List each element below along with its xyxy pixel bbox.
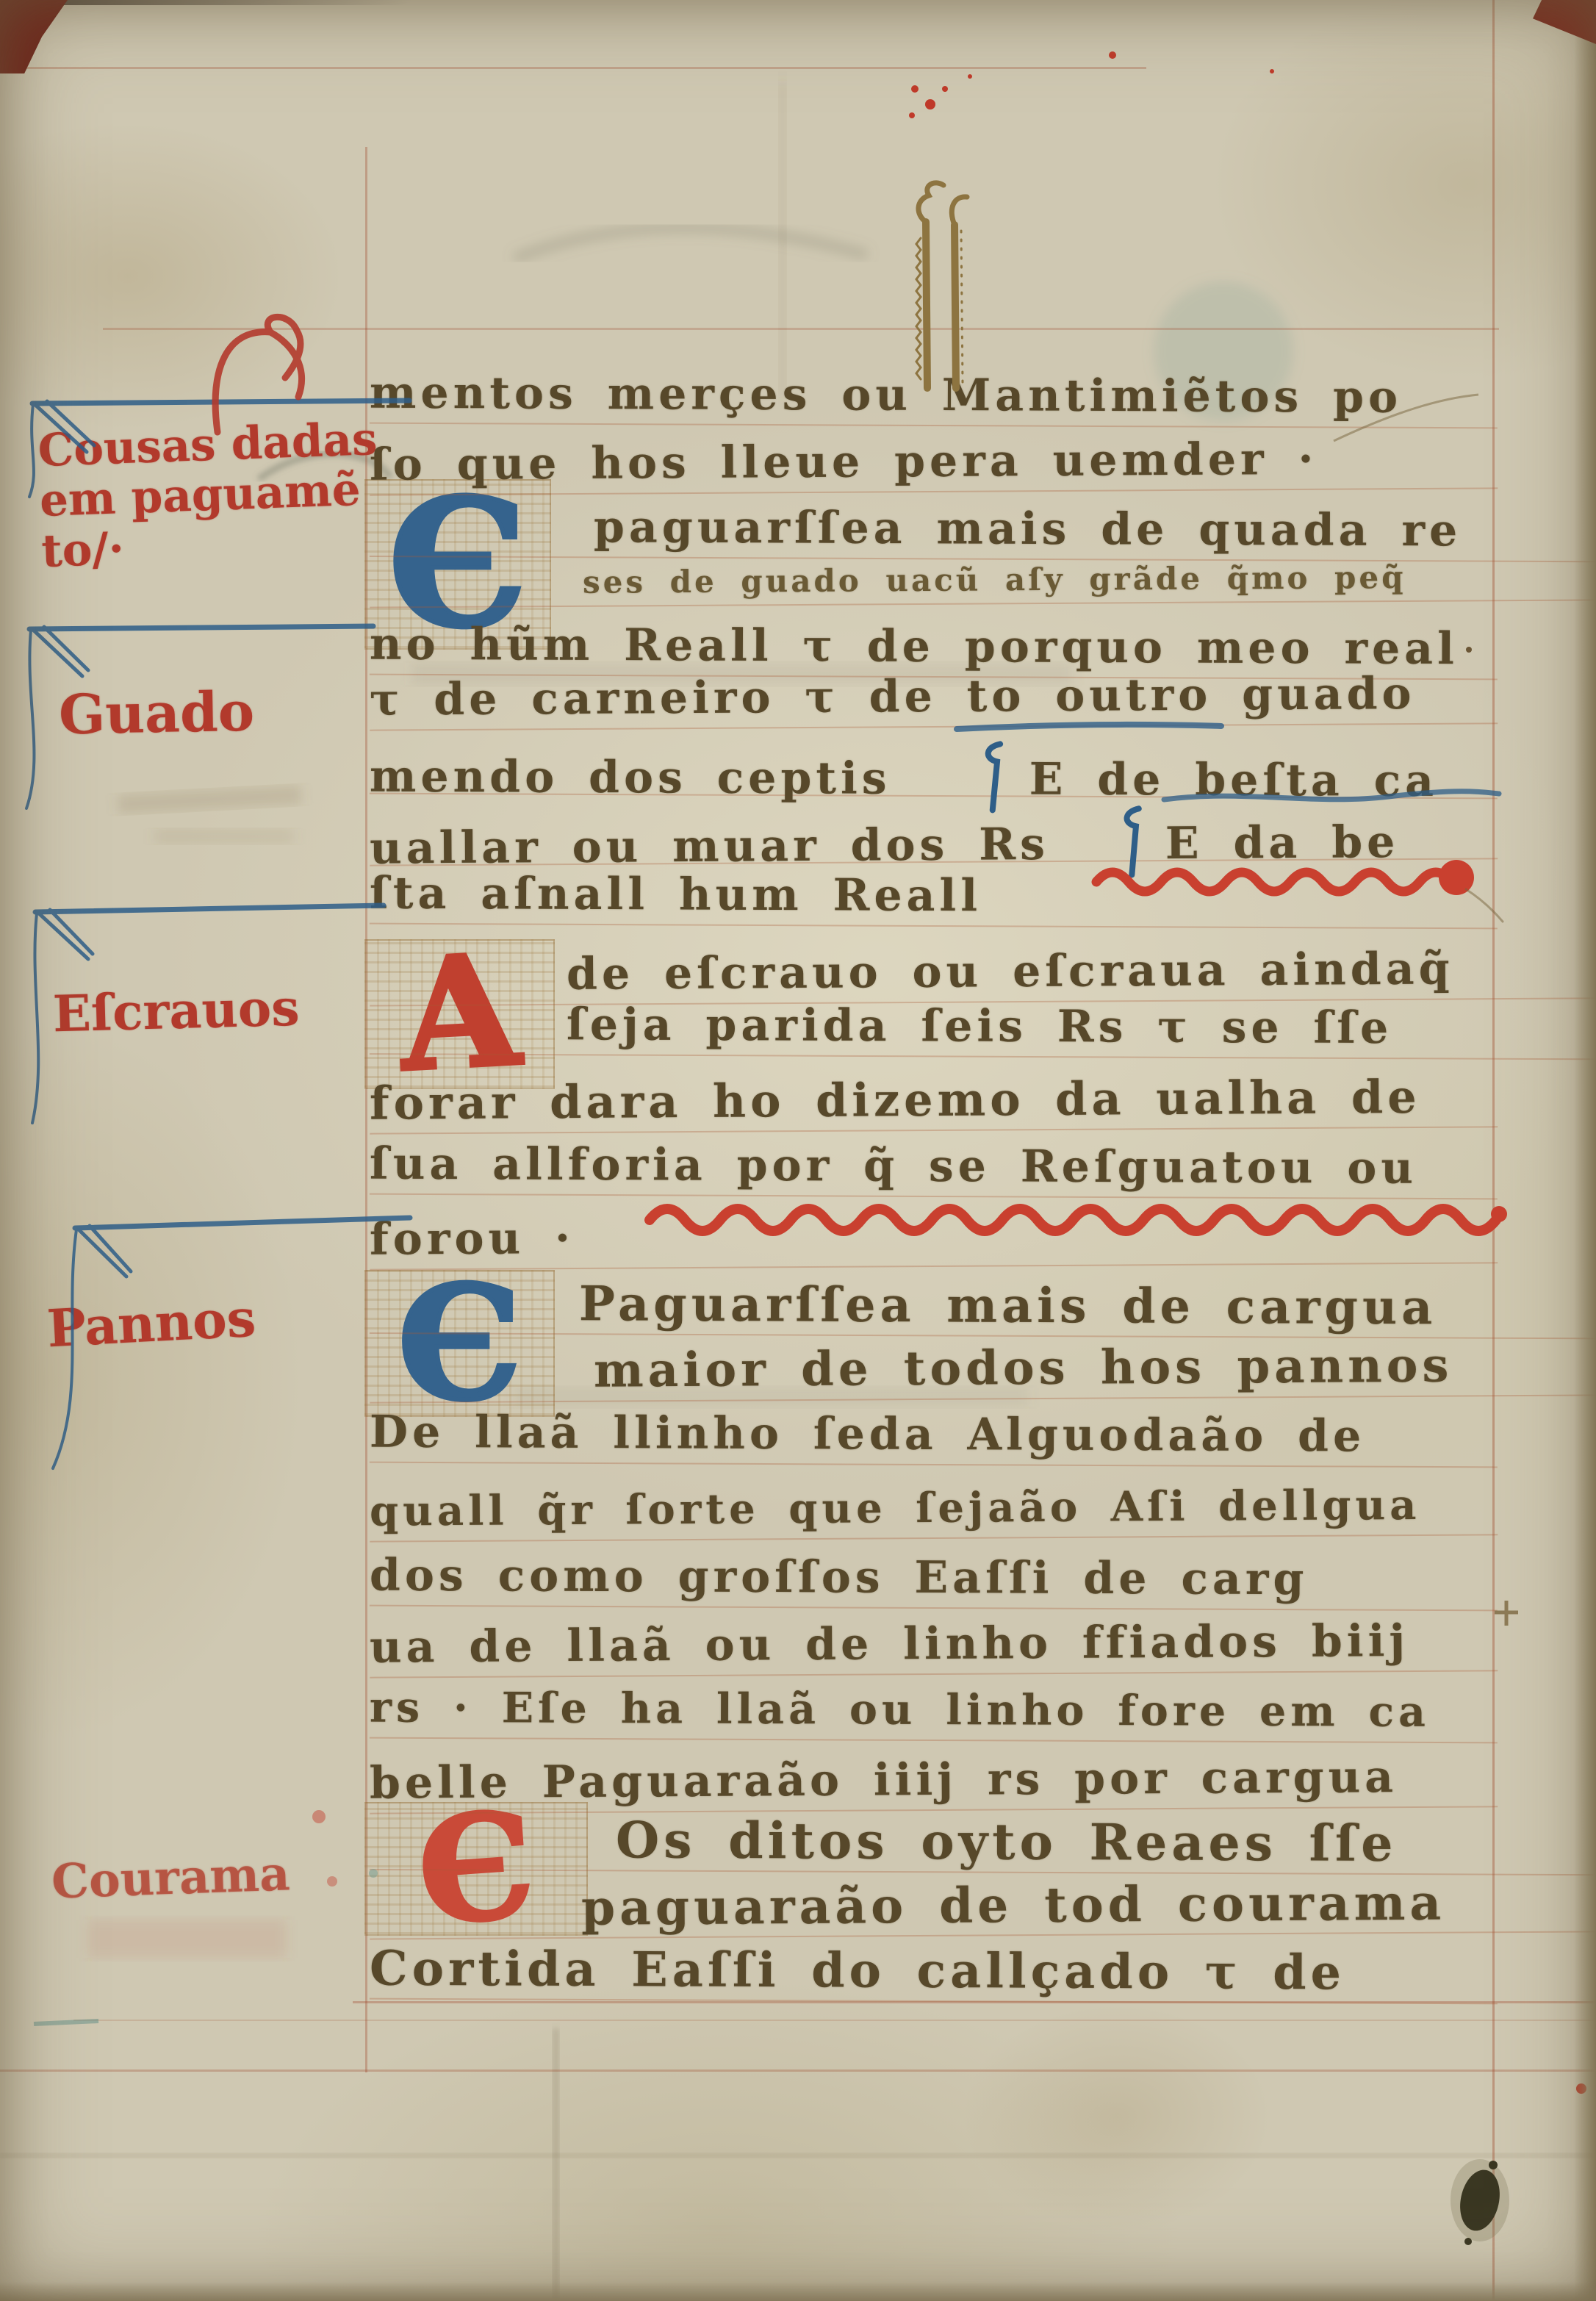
bracket-3-line (35, 905, 384, 912)
text-line: ua de llaã ou de linho ffiados biij (370, 1612, 1498, 1678)
corner-stain-top-right (1533, 0, 1596, 44)
crease-vertical (553, 2028, 559, 2300)
text-line: forar dara ho dizemo da ualha de (370, 1069, 1498, 1134)
text-line: mentos merçes ou Mantimiẽtos po (370, 365, 1498, 429)
margin-rubric-cousas: Cousas dadas em paguamẽ to/· (37, 414, 382, 577)
teal-mark-bottom-left (34, 2021, 98, 2024)
text-line: ſta aſnall hum Reall (370, 866, 1498, 930)
margin-rubric-escravos: Eſcrauos (52, 980, 300, 1043)
text-line: Cortida Eaſſi do callçado τ de (370, 1941, 1498, 2005)
page-edge-top-sliver (0, 0, 411, 5)
text-line: Paguarſſea mais de cargua (370, 1275, 1596, 1340)
rubric-line: Eſcrauos (52, 980, 300, 1043)
margin-cross-icon (1495, 1601, 1518, 1626)
text-line: maior de todos hos pannos (370, 1336, 1596, 1403)
text-line-squeezed: ses de guado uacũ aſy grãde q̃mo peq̃ (370, 556, 1596, 608)
text-line: forou · (370, 1205, 1498, 1270)
crease-vertical-top (779, 81, 786, 397)
text-line: quall q̃r ſorte que ſejaão Aſi dellgua (370, 1476, 1498, 1542)
bracket-4-hatch (78, 1226, 131, 1277)
text-line: ſo que hos lleue pera uemder · (370, 430, 1498, 495)
text-segment: E da be (1165, 816, 1400, 869)
text-line: De llaã llinho ſeda Alguodaão de (370, 1404, 1498, 1468)
text-line: mendo dos ceptisE de beſta ca (370, 736, 1498, 800)
text-segment: mendo dos ceptis (370, 751, 891, 805)
showthrough-flourish (514, 228, 867, 259)
ruling-line-above-text (103, 328, 1499, 330)
text-line: τ de carneiro τ de to outro guado (370, 665, 1498, 730)
text-line: ſeja parida ſeis Rs τ se ſſe (370, 996, 1596, 1060)
text-segment: E de beſta ca (1029, 754, 1439, 807)
margin-rubric-guado: Guado (58, 682, 254, 747)
rubric-swash (215, 317, 301, 432)
page-edge-bottom (0, 2282, 1596, 2301)
corner-stain-top-left (0, 0, 68, 73)
bracket-3-hatch (38, 910, 93, 959)
margin-rubric-pannos: Pannos (46, 1290, 257, 1358)
bracket-1-tail (29, 404, 34, 497)
bracket-1-line (32, 401, 409, 403)
rubric-line: Pannos (46, 1290, 257, 1358)
ruling-line-top (0, 67, 1146, 69)
ghost-text-1 (117, 785, 301, 814)
manuscript-page: Cousas dadas em paguamẽ to/· Guado Eſcra… (0, 0, 1596, 2301)
text-line: paguaraão de tod courama (370, 1873, 1596, 1939)
text-line: ſua allforia por q̃ se Reſguatou ou (370, 1136, 1498, 1200)
ghost-courama (88, 1920, 287, 1958)
bracket-2-tail (26, 630, 34, 808)
rubric-line: Courama (51, 1848, 291, 1909)
page-edge-right (1574, 0, 1596, 2301)
ruling-line-bottom-margin (0, 2070, 1596, 2072)
text-line: Os ditos oyto Reaes ſſe (370, 1812, 1596, 1876)
ghost-text-2 (154, 829, 294, 844)
ink-blob (1451, 2159, 1509, 2245)
pilcrow-icon (1117, 803, 1150, 879)
ruling-line-bottom-2 (73, 2020, 1596, 2021)
wrinkle-horizontal (0, 2153, 1596, 2158)
bracket-4-line (75, 1218, 410, 1228)
text-line: rs · Eſe ha llaã ou linho fore em ca (370, 1680, 1498, 1744)
rubric-line: Guado (58, 682, 254, 747)
bracket-3-tail (32, 913, 38, 1123)
text-line: dos como groſſos Eaſſi de carg (370, 1548, 1498, 1612)
text-line: paguarſſea mais de quada re (370, 498, 1596, 563)
rubric-line: to/· (40, 515, 381, 577)
cadel-ascender (916, 183, 967, 388)
margin-rubric-courama: Courama (51, 1848, 291, 1909)
bracket-2-line (29, 626, 373, 629)
text-line: uallar ou muar dos RsE da be (370, 800, 1498, 866)
bracket-2-hatch (32, 627, 88, 676)
text-line: belle Paguaraão iiij rs por cargua (370, 1748, 1498, 1814)
